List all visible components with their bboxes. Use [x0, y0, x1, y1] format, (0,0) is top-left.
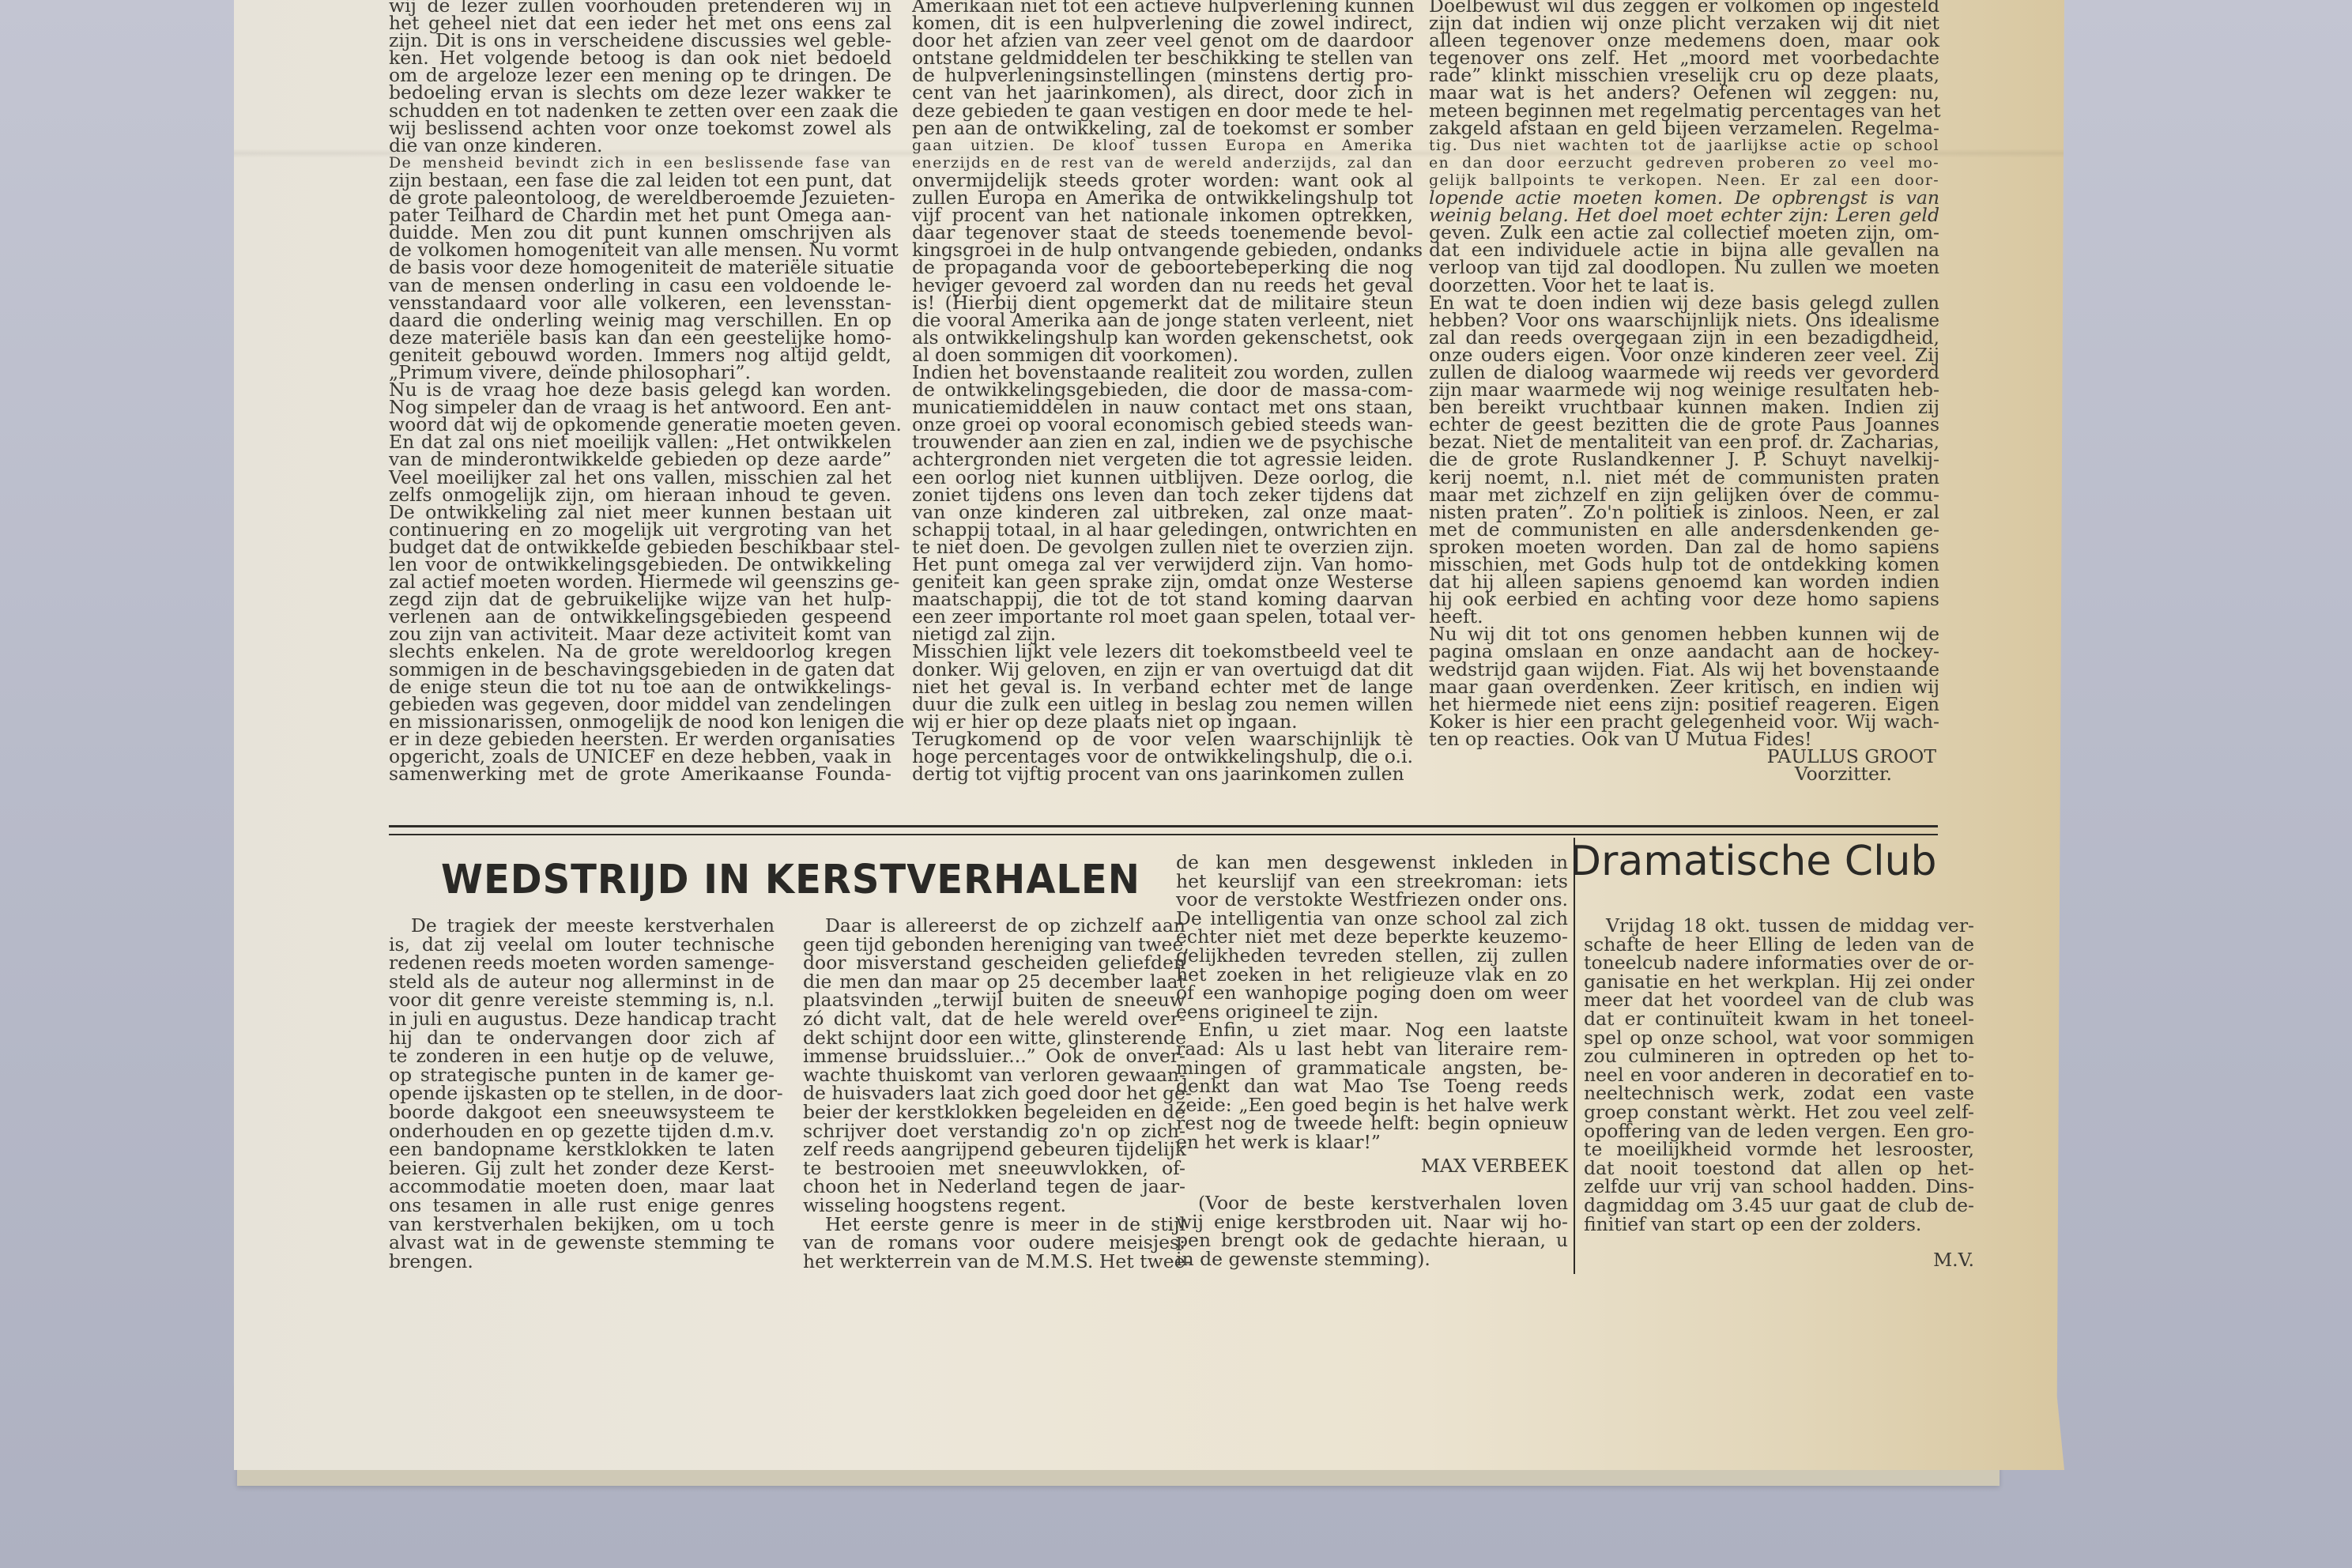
text-line: zakgeld afstaan en geld bijeen verzamele… — [1429, 119, 1939, 137]
text-line: pen aan de ontwikkeling, zal de toekomst… — [912, 119, 1413, 137]
text-line: beier der kerstklokken begeleiden en de — [803, 1103, 1185, 1122]
text-line: die van onze kinderen. — [389, 137, 891, 154]
column-divider — [1574, 838, 1575, 1274]
newspaper-page: wij de lezer zullen voorhouden pretender… — [234, 0, 2064, 1470]
text-line: dertig tot vijftig procent van ons jaari… — [912, 765, 1413, 782]
text-line: dagmiddag om 3.45 uur gaat de club de- — [1584, 1197, 1974, 1216]
text-line: samenwerking met de grote Amerikaanse Fo… — [389, 765, 891, 782]
text-line: ons tesamen in alle rust enige genres — [389, 1197, 775, 1216]
top-article-column-middle: Amerikaan niet tot een actieve hulpverle… — [912, 0, 1413, 782]
kerst-column-3: de kan men desgewenst inkleden inhet keu… — [1176, 854, 1568, 1268]
section-divider — [389, 825, 1938, 835]
text-line: finitief van start op een der zolders. — [1584, 1216, 1974, 1234]
text-line: hij ook eerbied en achting voor deze hom… — [1429, 590, 1939, 608]
text-line: en dan door eerzucht gedreven proberen z… — [1429, 154, 1939, 171]
text-line: gaan uitzien. De kloof tussen Europa en … — [912, 137, 1413, 154]
club-title: Dramatische Club — [1570, 838, 1937, 885]
kerst-column-1: De tragiek der meeste kerstverhalenis, d… — [389, 917, 775, 1271]
kerst-headline: WEDSTRIJD IN KERSTVERHALEN — [441, 857, 1140, 903]
text-line: het werkterrein van de M.M.S. Het twee- — [803, 1253, 1185, 1272]
top-article-column-right: Doelbewust wil dus zeggen er volkomen op… — [1429, 0, 1939, 782]
text-line: tig. Dus niet wachten tot de jaarlijkse … — [1429, 137, 1939, 154]
kerst-column-2: Daar is allereerst de op zichzelf aangee… — [803, 917, 1185, 1271]
text-line: raad: Als u last hebt van literaire rem- — [1176, 1040, 1568, 1059]
text-line: wisseling hoogstens regent. — [803, 1197, 1185, 1216]
text-line: in de gewenste stemming). — [1176, 1250, 1568, 1269]
text-line: en het werk is klaar!” — [1176, 1133, 1568, 1152]
kerst-signature: MAX VERBEEK — [1176, 1157, 1568, 1176]
text-line: brengen. — [389, 1253, 775, 1272]
club-column: Vrijdag 18 okt. tussen de middag ver-sch… — [1584, 917, 1974, 1270]
text-line: boorde dakgoot een sneeuwsysteem te — [389, 1103, 775, 1122]
author-title: Voorzitter. — [1429, 765, 1939, 782]
top-article-column-left: wij de lezer zullen voorhouden pretender… — [389, 0, 891, 782]
club-signature: M.V. — [1584, 1251, 1974, 1270]
text-line: groep constant wèrkt. Het zou veel zelf- — [1584, 1103, 1974, 1122]
